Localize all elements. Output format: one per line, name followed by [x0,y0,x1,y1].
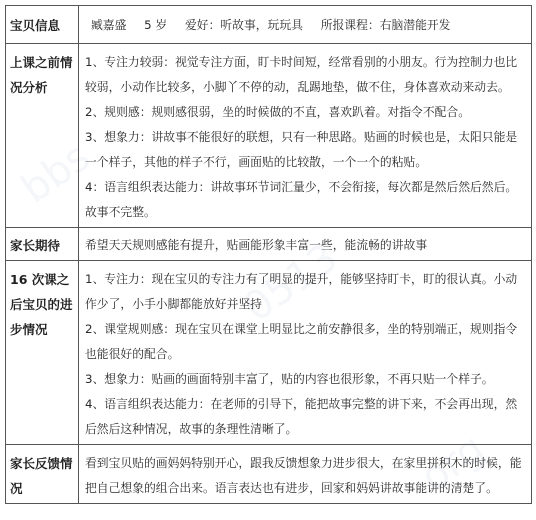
progress-item: 1、专注力：现在宝贝的专注力有了明显的提升，能够坚持盯卡，盯的很认真。小动作少了… [85,267,525,317]
progress-item: 3、想象力：贴画的画面特别丰富了，贴的内容也很形象，不再只贴一个样子。 [85,367,525,392]
label-baby-info: 宝贝信息 [6,6,79,44]
baby-age: 5 岁 [144,18,167,32]
row-before-class: 上课之前情况分析 1、专注力较弱：视觉专注方面，盯卡时间短，经常看别的小朋友。行… [6,44,532,228]
row-baby-info: 宝贝信息 臧嘉盛 5 岁 爱好：听故事，玩玩具 所报课程：右脑潜能开发 [6,6,532,44]
before-item: 1、专注力较弱：视觉专注方面，盯卡时间短，经常看别的小朋友。行为控制力也比较弱，… [85,50,525,100]
parent-feedback-content: 看到宝贝贴的画妈妈特别开心，跟我反馈想象力进步很大，在家里拼积木的时候，能把自己… [79,445,532,504]
progress-report-table: 宝贝信息 臧嘉盛 5 岁 爱好：听故事，玩玩具 所报课程：右脑潜能开发 上课之前… [5,5,532,504]
baby-hobby: 爱好：听故事，玩玩具 [185,18,303,32]
before-item: 3、想象力：讲故事不能很好的联想，只有一种思路。贴画的时候也是，太阳只能是一个样… [85,125,525,175]
label-progress: 16 次课之后宝贝的进步情况 [6,261,79,445]
report-sheet: 宝贝信息 臧嘉盛 5 岁 爱好：听故事，玩玩具 所报课程：右脑潜能开发 上课之前… [5,5,531,504]
baby-name: 臧嘉盛 [91,18,126,32]
progress-item: 2、课堂规则感：现在宝贝在课堂上明显比之前安静很多，坐的特别端正，规则指令也能很… [85,317,525,367]
row-parent-expectation: 家长期待 希望天天规则感能有提升，贴画能形象丰富一些，能流畅的讲故事 [6,228,532,261]
before-item: 4：语言组织表达能力：讲故事环节词汇量少，不会衔接，每次都是然后然后然后。故事不… [85,175,525,225]
label-before-class: 上课之前情况分析 [6,44,79,228]
baby-info-content: 臧嘉盛 5 岁 爱好：听故事，玩玩具 所报课程：右脑潜能开发 [79,6,532,44]
row-parent-feedback: 家长反馈情况 看到宝贝贴的画妈妈特别开心，跟我反馈想象力进步很大，在家里拼积木的… [6,445,532,504]
label-parent-expectation: 家长期待 [6,228,79,261]
parent-expectation-content: 希望天天规则感能有提升，贴画能形象丰富一些，能流畅的讲故事 [79,228,532,261]
progress-content: 1、专注力：现在宝贝的专注力有了明显的提升，能够坚持盯卡，盯的很认真。小动作少了… [79,261,532,445]
before-item: 2、规则感：规则感很弱，坐的时候做的不直，喜欢趴着。对指令不配合。 [85,100,525,125]
progress-item: 4、语言组织表达能力：在老师的引导下，能把故事完整的讲下来，不会再出现，然后然后… [85,392,525,442]
baby-course: 所报课程：右脑潜能开发 [321,18,451,32]
row-progress: 16 次课之后宝贝的进步情况 1、专注力：现在宝贝的专注力有了明显的提升，能够坚… [6,261,532,445]
before-class-content: 1、专注力较弱：视觉专注方面，盯卡时间短，经常看别的小朋友。行为控制力也比较弱，… [79,44,532,228]
label-parent-feedback: 家长反馈情况 [6,445,79,504]
